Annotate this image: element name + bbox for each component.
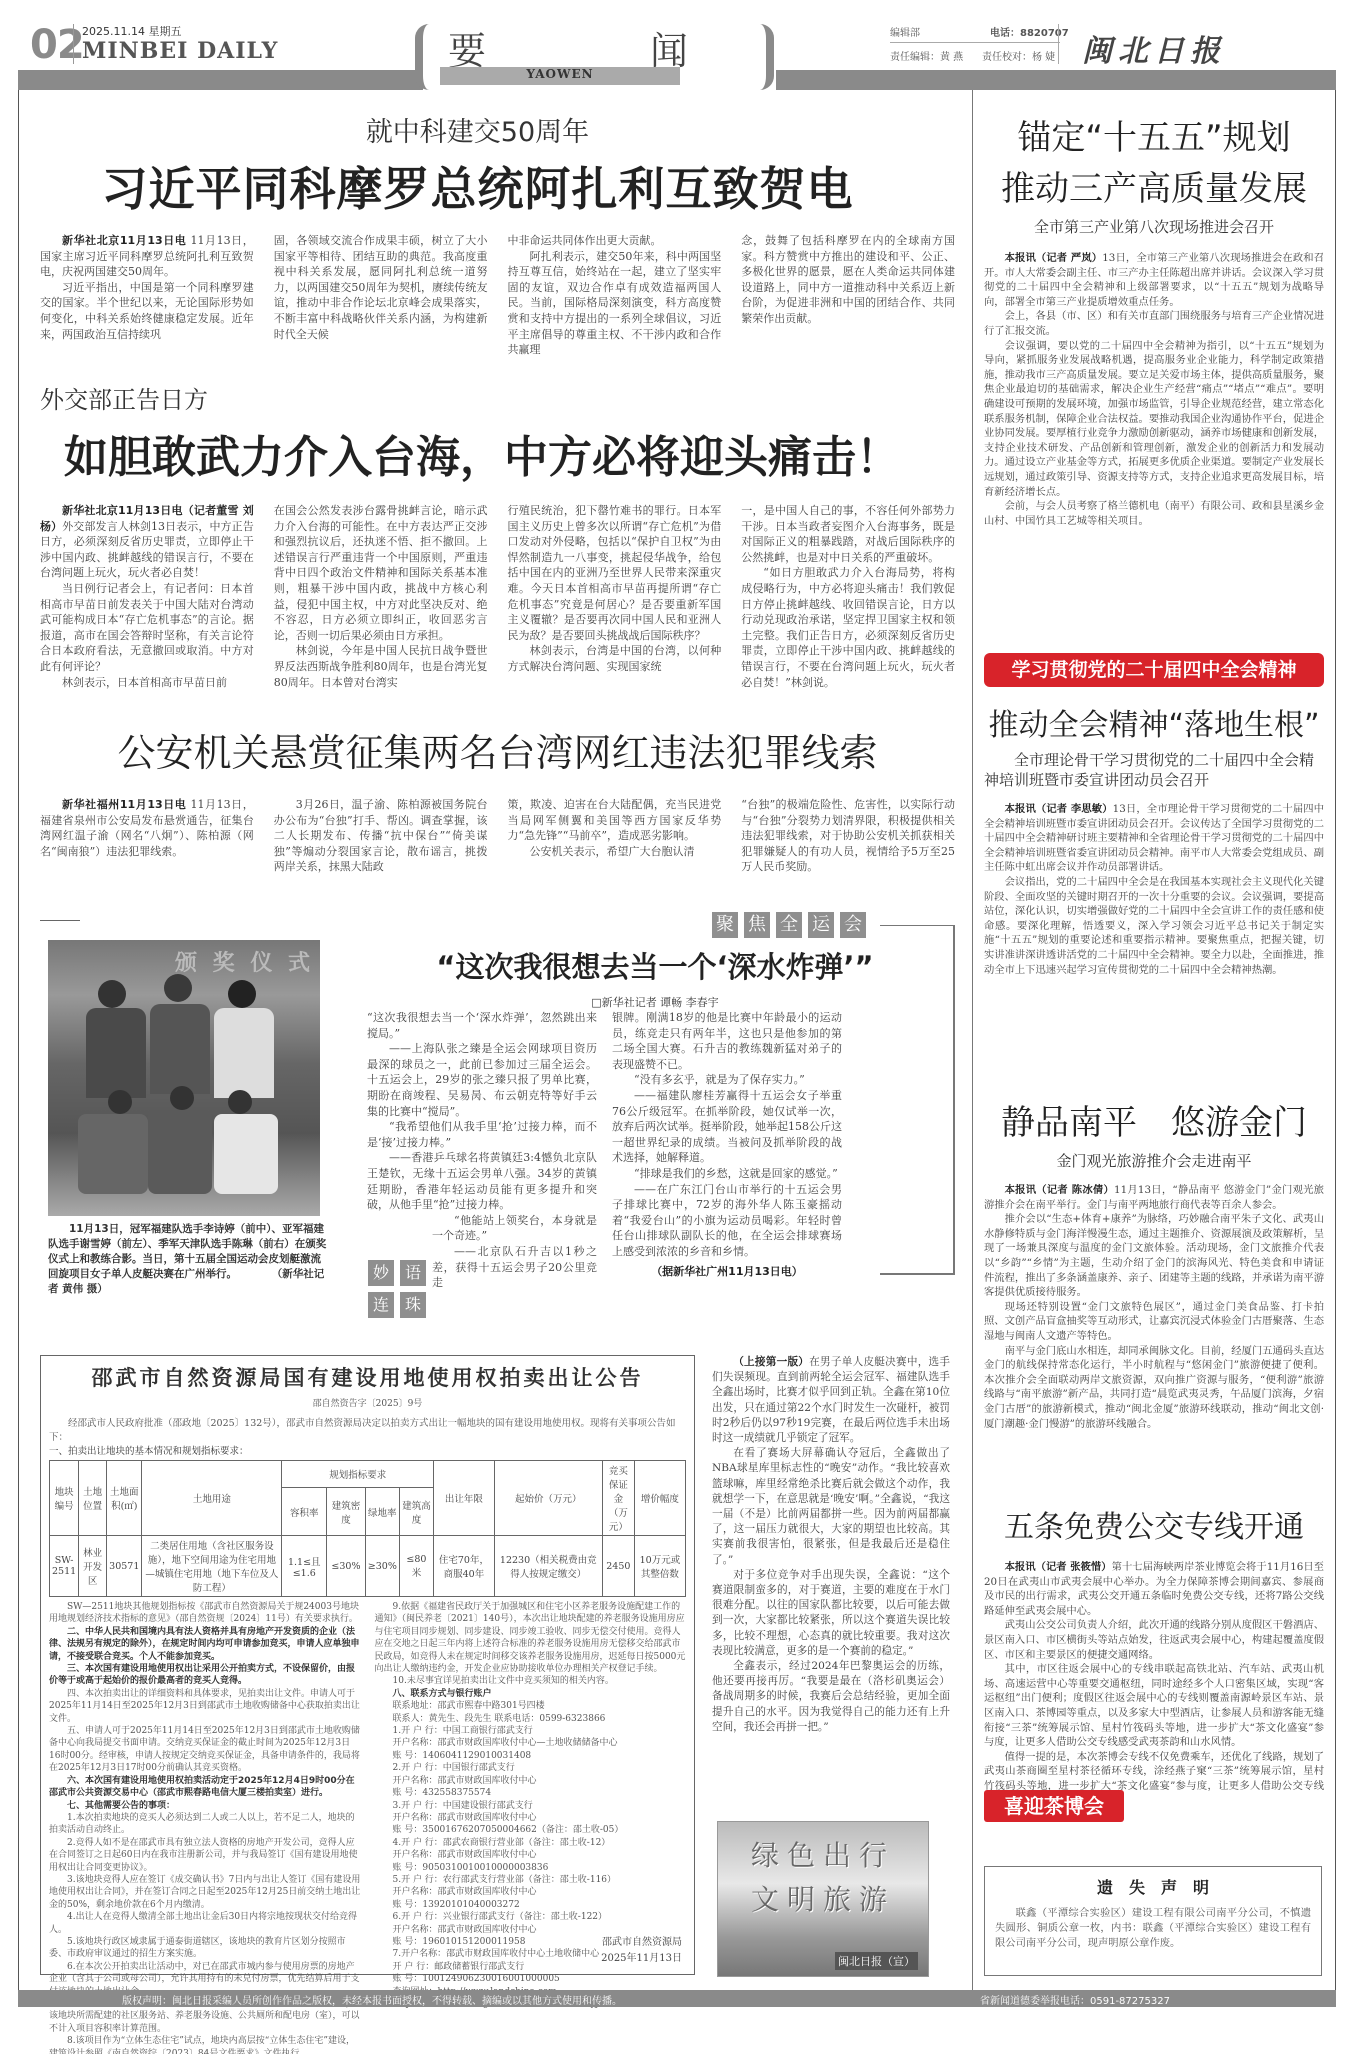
story-headline: 习近平同科摩罗总统阿扎利互致贺电 bbox=[0, 153, 955, 219]
story-byline: □新华社记者 谭畅 李春宇 bbox=[360, 994, 950, 1010]
notice-paragraph: 5.开 户 行：农行邵武支行营业部（备注：邵土收-116） bbox=[375, 1874, 687, 1886]
notice-paragraph: 五、申请人可于2025年11月14日至2025年12月3日到邵武市土地收购储备中… bbox=[49, 1725, 361, 1775]
story-headline: “这次我很想去当一个‘深水炸弹’” bbox=[360, 945, 950, 986]
study-plenary-banner: 学习贯彻党的二十届四中全会精神 bbox=[984, 653, 1324, 687]
lost-notice-text: 联鑫（平潭综合实验区）建设工程有限公司南平分公司，不慎遗失圆形、铜质公章一枚，内… bbox=[995, 1906, 1311, 1950]
story-headline-1: 锚定“十五五”规划 bbox=[984, 110, 1324, 159]
story-headline: 推动全会精神“落地生根” bbox=[984, 700, 1324, 744]
story-headline-2: 推动三产高质量发展 bbox=[984, 161, 1324, 210]
notice-paragraph: 联系地址：邵武市熙春中路301号四楼 bbox=[375, 1700, 687, 1712]
green-travel-ad: 绿色出行 文明旅游 闽北日报（宣） bbox=[717, 1821, 929, 1977]
column-divider bbox=[972, 90, 973, 1990]
section-bracket-right bbox=[760, 24, 774, 90]
notice-intro: 经邵武市人民政府批准（邵政地〔2025〕132号），邵武市自然资源局决定以拍卖方… bbox=[49, 1415, 686, 1443]
notice-paragraph: 账 号：432558375574 bbox=[375, 1787, 687, 1799]
land-info-table: 地块编号 土地位置 土地面积(㎡) 土地用途 规划指标要求 出让年限 起始价（万… bbox=[49, 1460, 686, 1597]
notice-paragraph: 4.出让人在竞得人缴清全部土地出让金后30日内将宗地按现状交付给竞得人。 bbox=[49, 1911, 361, 1936]
story-body: 本报讯（记者 李思敏）13日，全市理论骨干学习贯彻党的二十届四中全会精神培训班暨… bbox=[984, 802, 1324, 977]
page-frame-right bbox=[1335, 90, 1336, 1990]
story-kicker: 外交部正告日方 bbox=[40, 380, 955, 415]
lost-notice: 遗 失 声 明 联鑫（平潭综合实验区）建设工程有限公司南平分公司，不慎遗失圆形、… bbox=[984, 1866, 1322, 1976]
story-body: 新华社福州11月13日电 11月13日，福建省泉州市公安局发布悬赏通告，征集台湾… bbox=[40, 797, 955, 875]
masthead: 02 2025.11.14 星期五 MINBEI DAILY 要 闻 YAOWE… bbox=[0, 0, 1349, 90]
story-headline: 公安机关悬赏征集两名台湾网红违法犯罪线索 bbox=[40, 722, 955, 777]
notice-paragraph: 四、本次拍卖出让的详细资料和具体要求，见拍卖出让文件。申请人可于2025年11月… bbox=[49, 1688, 361, 1725]
masthead-divider-right bbox=[1058, 24, 1059, 64]
story-body: 本报讯（记者 严岚）13日，全市第三产业第八次现场推进会在政和召开。市人大常委会… bbox=[984, 251, 1324, 528]
notice-paragraph: 1.开 户 行：中国工商银行邵武支行 bbox=[375, 1725, 687, 1737]
notice-paragraph: 2.竞得人如不是在邵武市具有独立法人资格的房地产开发公司，竞得人应在合同签订之日… bbox=[49, 1837, 361, 1874]
notice-paragraph: 账 号：13920101040003272 bbox=[375, 1899, 687, 1911]
notice-date: 2025年11月13日 bbox=[601, 1949, 682, 1964]
notice-paragraph: 3.开 户 行：中国建设银行邵武支行 bbox=[375, 1800, 687, 1812]
notice-paragraph: 开户名称：邵武市财政国库收付中心—土地收储储备中心 bbox=[375, 1737, 687, 1749]
story-subheadline: 金门观光旅游推介会走进南平 bbox=[984, 1150, 1324, 1171]
notice-paragraph: 账 号：1406041129010031408 bbox=[375, 1750, 687, 1762]
story-headline: 五条免费公交专线开通 bbox=[984, 1502, 1324, 1546]
ad-line-1: 绿色出行 bbox=[718, 1834, 928, 1874]
story-headline: 静品南平 悠游金门 bbox=[984, 1095, 1324, 1144]
notice-left-col: SW—2511地块其他规划指标按《邵武市自然资源局关于规24003号地块用地规划… bbox=[49, 1601, 361, 2054]
responsible-editor: 责任编辑：黄 燕 bbox=[890, 48, 963, 63]
section-bracket-left bbox=[415, 24, 429, 90]
notice-paragraph: 账 号：9050310010010000003836 bbox=[375, 1862, 687, 1874]
notice-title: 邵武市自然资源局国有建设用地使用权拍卖出让公告 bbox=[49, 1362, 686, 1392]
notice-paragraph: 8.该项目作为“立体生态住宅”试点，地块内高层按“立体生态住宅”建设，建筑设计参… bbox=[49, 2035, 361, 2054]
sports-col-2: 银牌。刚满18岁的他是比赛中年龄最小的运动员，练竞走只有两年半，这也只是他参加的… bbox=[612, 1010, 842, 1279]
notice-paragraph: 10.未尽事宜详见拍卖出让文件中竞买须知的相关内容。 bbox=[375, 1675, 687, 1687]
notice-paragraph: 开户名称：邵武市财政国库收付中心 bbox=[375, 1886, 687, 1898]
story-body: 新华社北京11月13日电 11月13日，国家主席习近平同科摩罗总统阿扎利互致贺电… bbox=[40, 233, 955, 358]
story-kicker: 就中科建交50周年 bbox=[0, 110, 955, 149]
continued-story: （上接第一版）在男子单人皮艇决赛中，选手们失误频现。直到前两轮全运会冠军、福建队… bbox=[712, 1355, 950, 1735]
lost-notice-title: 遗 失 声 明 bbox=[995, 1875, 1311, 1898]
story-subheadline: 全市理论骨干学习贯彻党的二十届四中全会精神培训班暨市委宣讲团动员会召开 bbox=[984, 750, 1324, 790]
notice-paragraph: 2.开 户 行：中国银行邵武支行 bbox=[375, 1762, 687, 1774]
ad-credit: 闽北日报（宣） bbox=[835, 1952, 918, 1970]
story-body: 本报讯（记者 张筱惜）第十七届海峡两岸茶业博览会将于11月16日至20日在武夷山… bbox=[984, 1560, 1324, 1808]
right-story-4: 五条免费公交专线开通 本报讯（记者 张筱惜）第十七届海峡两岸茶业博览会将于11月… bbox=[984, 1502, 1324, 1808]
notice-paragraph: 开户名称：邵武市财政国库收付中心 bbox=[375, 1849, 687, 1861]
table-row: SW-2511 林业开发区 30571 二类居住用地（含社区服务设施），地下空间… bbox=[50, 1536, 686, 1597]
photo-banner-text: 颁 奖 仪 式 bbox=[175, 946, 314, 977]
story-headline: 如胆敢武力介入台海，中方必将迎头痛击！ bbox=[64, 421, 955, 485]
land-auction-notice: 邵武市自然资源局国有建设用地使用权拍卖出让公告 邵自然资告字〔2025〕9号 经… bbox=[40, 1355, 695, 1975]
issue-date: 2025.11.14 星期五 bbox=[82, 23, 181, 39]
notice-paragraph: 联系人：黄先生、段先生 联系电话：0599-6323866 bbox=[375, 1713, 687, 1725]
notice-paragraph: 4.开 户 行：邵武农商银行营业部（备注：邵土收-12） bbox=[375, 1837, 687, 1849]
notice-signer: 邵武市自然资源局 bbox=[602, 1933, 682, 1948]
notice-right-col: 9.依据《福建省民政厅关于加强城区和住宅小区养老服务设施配建工作的通知》（闽民养… bbox=[375, 1601, 687, 2054]
ad-line-2: 文明旅游 bbox=[718, 1878, 928, 1918]
notice-paragraph: 账 号：35001676207050004662（备注：邵土收-05） bbox=[375, 1824, 687, 1836]
page-frame-left bbox=[18, 90, 19, 1990]
story-bounty: 公安机关悬赏征集两名台湾网红违法犯罪线索 新华社福州11月13日电 11月13日… bbox=[40, 722, 955, 875]
right-story-3: 静品南平 悠游金门 金门观光旅游推介会走进南平 本报讯（记者 陈冰倩）11月13… bbox=[984, 1095, 1324, 1431]
photo-athletes bbox=[78, 980, 278, 1200]
section-en: YAOWEN bbox=[440, 67, 680, 85]
notice-doc-number: 邵自然资告字〔2025〕9号 bbox=[49, 1396, 686, 1409]
section-divider bbox=[40, 920, 80, 921]
notice-paragraph: 开户名称：邵武市财政国库收付中心 bbox=[375, 1812, 687, 1824]
photo-caption: 11月13日，冠军福建队选手李诗婷（前中）、亚军福建队选手谢雪婷（前左）、季军天… bbox=[48, 1222, 328, 1297]
notice-paragraph: SW—2511地块其他规划指标按《邵武市自然资源局关于规24003号地块用地规划… bbox=[49, 1601, 361, 1626]
paper-name-en: MINBEI DAILY bbox=[82, 38, 278, 64]
notice-paragraph: 六、本次国有建设用地使用权拍卖活动定于2025年12月4日9时00分在邵武市公共… bbox=[49, 1775, 361, 1800]
right-story-2: 推动全会精神“落地生根” 全市理论骨干学习贯彻党的二十届四中全会精神培训班暨市委… bbox=[984, 700, 1324, 977]
sports-col-1: “这次我很想去当一个‘深水炸弹’，忽然跳出来搅局。” ——上海队张之臻是全运会网… bbox=[367, 1010, 597, 1291]
notice-paragraph: 七、其他需要公告的事项： bbox=[49, 1800, 361, 1812]
notice-paragraph: 开户名称：邵武市财政国库收付中心 bbox=[375, 1775, 687, 1787]
quotes-tag: 妙 语 连 珠 bbox=[368, 1260, 426, 1318]
editorial-dept: 编辑部 bbox=[890, 24, 920, 39]
story-xi-comoros: 就中科建交50周年 习近平同科摩罗总统阿扎利互致贺电 新华社北京11月13日电 … bbox=[40, 110, 955, 358]
responsible-proofreader: 责任校对：杨 婕 bbox=[982, 48, 1055, 63]
story-japan-warning: 外交部正告日方 如胆敢武力介入台海，中方必将迎头痛击！ 新华社北京11月13日电… bbox=[40, 380, 955, 690]
story-body: 新华社北京11月13日电（记者董雪 刘杨）外交部发言人林剑13日表示，中方正告日… bbox=[40, 503, 955, 690]
sports-story: “这次我很想去当一个‘深水炸弹’” □新华社记者 谭畅 李春宇 bbox=[360, 945, 950, 1010]
masthead-divider bbox=[73, 24, 74, 64]
story-subheadline: 全市第三产业第八次现场推进会召开 bbox=[984, 216, 1324, 237]
notice-paragraph: 三、本次国有建设用地使用权出让采用公开拍卖方式，不设保留价，由报价等于或高于起始… bbox=[49, 1663, 361, 1688]
notice-paragraph: 1.本次拍卖地块的竞买人必须达到二人或二人以上，若不足二人，地块的拍卖活动自动终… bbox=[49, 1812, 361, 1837]
copyright-notice: 版权声明：闽北日报采编人员所创作作品之版权，未经本报书面授权，不得转载、摘编或以… bbox=[122, 1992, 622, 2007]
masthead-rule bbox=[890, 42, 1060, 43]
tea-expo-tag: 喜迎茶博会 bbox=[984, 1790, 1124, 1822]
masthead-bar-left bbox=[18, 70, 423, 90]
notice-paragraph: 账 号：100124906230016001000005 bbox=[375, 1973, 687, 1985]
story-body: 本报讯（记者 陈冰倩）11月13日，“静品南平 悠游金门”金门观光旅游推介会在南… bbox=[984, 1183, 1324, 1431]
page-number: 02 bbox=[30, 22, 84, 68]
masthead-bar-right bbox=[776, 70, 1336, 90]
editorial-phone: 电话：8820707 bbox=[990, 24, 1069, 39]
ethics-hotline: 省新闻道德委举报电话：0591-87275327 bbox=[980, 1992, 1170, 2007]
notice-paragraph: 3.该地块竞得人应在签订《成交确认书》7日内与出让人签订《国有建设用地使用权出让… bbox=[49, 1874, 361, 1911]
focus-games-tag: 聚 焦 全 运 会 bbox=[712, 912, 866, 938]
notice-paragraph: 5.该地块行政区域隶属于通泰街道辖区，该地块的教育片区划分按照市委、市政府审议通… bbox=[49, 1936, 361, 1961]
right-column: 锚定“十五五”规划 推动三产高质量发展 全市第三产业第八次现场推进会召开 本报讯… bbox=[984, 110, 1324, 528]
notice-paragraph: 9.依据《福建省民政厅关于加强城区和住宅小区养老服务设施配建工作的通知》（闽民养… bbox=[375, 1601, 687, 1675]
paper-logo: 闽北日报 bbox=[1082, 26, 1226, 70]
notice-section-1: 一、拍卖出让地块的基本情况和规划指标要求： bbox=[49, 1443, 686, 1457]
footer-bar: 版权声明：闽北日报采编人员所创作作品之版权，未经本报书面授权，不得转载、摘编或以… bbox=[18, 1990, 1336, 2007]
notice-paragraph: 6.开 户 行：兴业银行邵武支行（备注：邵土收-122） bbox=[375, 1911, 687, 1923]
notice-paragraph: 二、中华人民共和国境内具有法人资格并具有房地产开发资质的企业（法律、法规另有规定… bbox=[49, 1626, 361, 1663]
notice-paragraph: 八、联系方式与银行账户 bbox=[375, 1688, 687, 1700]
award-photo: 颁 奖 仪 式 bbox=[48, 940, 320, 1216]
